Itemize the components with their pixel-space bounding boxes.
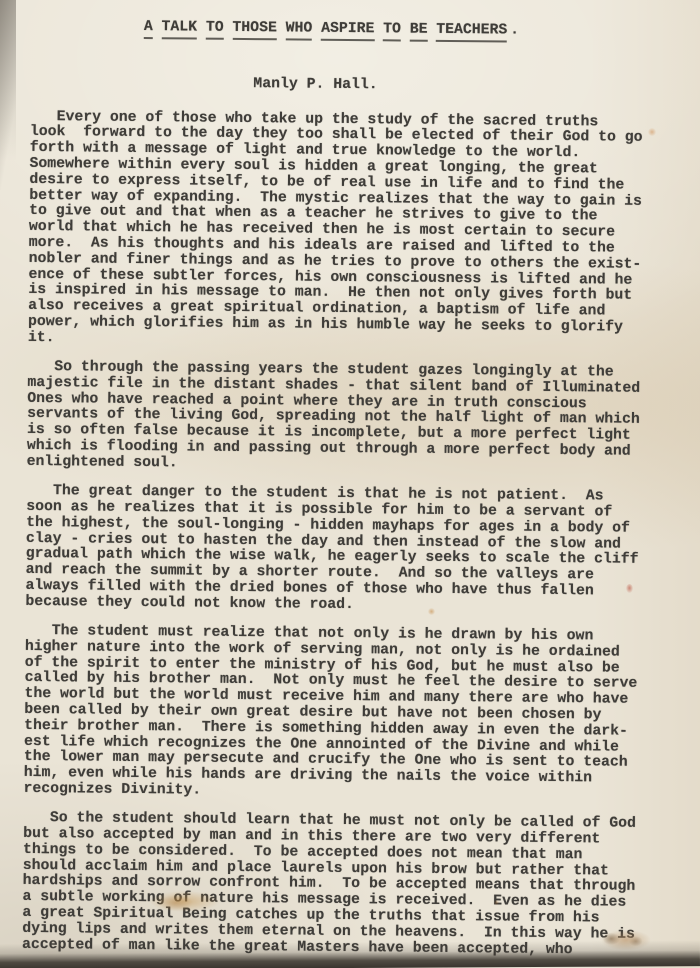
title-word: WHO bbox=[286, 21, 313, 40]
title-word: TO bbox=[383, 22, 401, 41]
title-word: A bbox=[144, 20, 153, 39]
title-word: BE bbox=[410, 23, 428, 42]
ink-stain bbox=[150, 886, 236, 914]
paragraph: So through the passing years the student… bbox=[27, 360, 698, 477]
paragraph: The great danger to the student is that … bbox=[25, 484, 696, 617]
title-word: THOSE bbox=[232, 21, 277, 40]
document-body: Every one of those who take up the study… bbox=[22, 110, 700, 960]
title-word: TEACHERS bbox=[436, 23, 507, 42]
paragraph: So the student should learn that he must… bbox=[22, 811, 693, 960]
red-speck bbox=[626, 584, 633, 593]
paragraph: Every one of those who take up the study… bbox=[28, 110, 700, 353]
paper-speck bbox=[428, 608, 435, 615]
author-line: Manly P. Hall. bbox=[253, 77, 700, 97]
document-page: ATALKTOTHOSEWHOASPIRETOBETEACHERS. Manly… bbox=[0, 0, 700, 968]
title-word: TALK bbox=[161, 20, 197, 39]
page-bottom-shadow bbox=[0, 940, 700, 968]
title-word: TO bbox=[206, 21, 224, 40]
title-word: ASPIRE bbox=[321, 22, 374, 41]
paragraph: The student must realize that not only i… bbox=[23, 624, 695, 804]
paper-speck bbox=[494, 900, 499, 905]
document-title: ATALKTOTHOSEWHOASPIRETOBETEACHERS. bbox=[144, 20, 700, 44]
title-period: . bbox=[510, 24, 519, 43]
paper-speck bbox=[648, 128, 656, 136]
document-content: ATALKTOTHOSEWHOASPIRETOBETEACHERS. Manly… bbox=[0, 0, 700, 968]
